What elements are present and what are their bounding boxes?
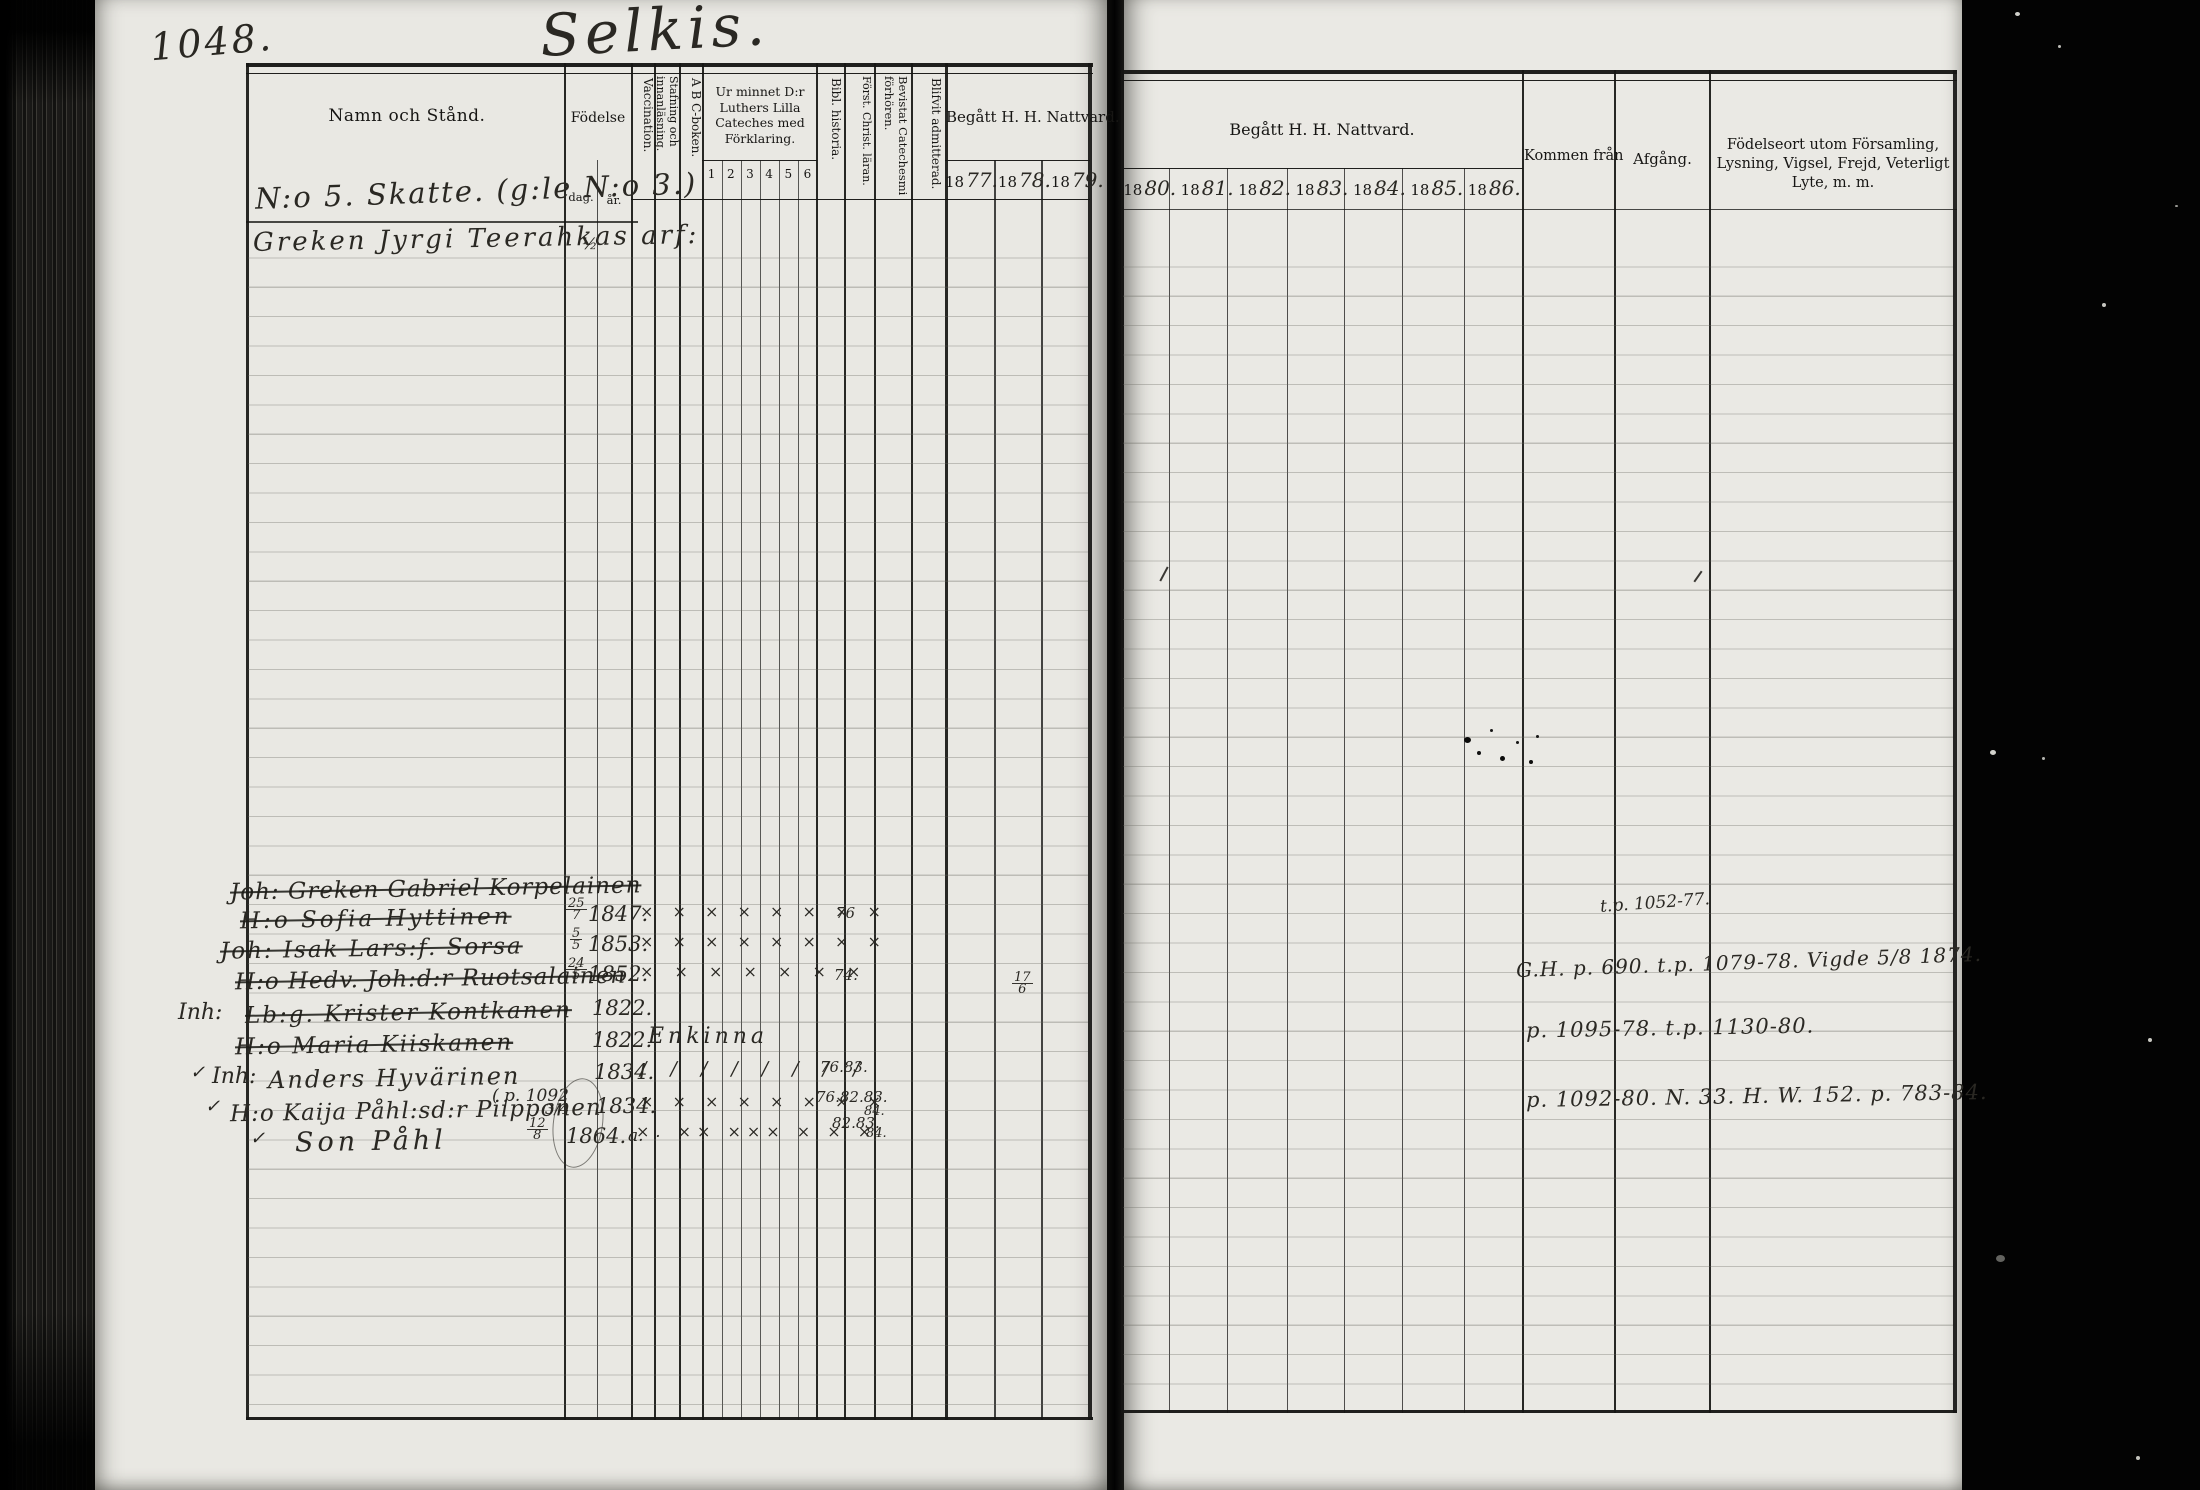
scan-speck [1529, 760, 1533, 764]
scanned-parish-register: 1048. Selkis. Namn och Stånd. Födelse da… [0, 0, 2200, 1490]
table-gridline [945, 160, 1090, 161]
scan-speck [1477, 751, 1481, 755]
year-1885: 1885. [1408, 176, 1465, 200]
scan-speck [1536, 735, 1539, 738]
year-row-right: 1880. 1881. 1882. 1883. 1884. 1885. 1886… [1121, 176, 1523, 200]
check-mark: ✓ [250, 1128, 265, 1149]
first-entry-mark: ½ [582, 234, 598, 253]
header-bibl-historia: Bibl. historia. [815, 78, 843, 206]
table-gridline [1121, 168, 1523, 169]
scan-speck [2058, 45, 2061, 48]
cateches-subcolumn-numbers: 1 2 3 4 5 6 [702, 167, 817, 181]
catechism-marks: × × × × × × × × [640, 932, 888, 951]
year-1882: 1882. [1236, 176, 1293, 200]
marital-note: Enkinna [648, 1024, 768, 1049]
scan-speck [1490, 729, 1493, 732]
scan-speck [1500, 756, 1505, 761]
table-gridline [248, 229, 1088, 1417]
year-1884: 1884. [1351, 176, 1408, 200]
birth-year: 1822. [592, 1028, 652, 1052]
header-forst-christ-laran: Först. Christ. läran. [843, 76, 873, 208]
scan-speck [2136, 1456, 2140, 1460]
scan-speck [1464, 737, 1471, 743]
header-kommen-fran: Kommen från [1524, 148, 1614, 164]
birth-year: 1864. [566, 1124, 626, 1148]
bibl-historia-value: 76.83. [820, 1058, 868, 1076]
year-1886: 1886. [1466, 176, 1523, 200]
scan-speck [1516, 741, 1519, 744]
afgang-note: p. 1095-78. t.p. 1130-80. [1526, 1013, 1815, 1042]
birth-day-fraction: 245 [566, 958, 587, 981]
table-gridline [1121, 1410, 1957, 1413]
header-cateches: Ur minnet D:r Luthers Lilla Cateches med… [704, 84, 816, 146]
header-nattvard-left: Begått H. H. Nattvard. [946, 108, 1089, 126]
year-1880: 1880. [1121, 176, 1178, 200]
birth-day-fraction: 257 [566, 898, 587, 921]
scan-speck [2015, 12, 2020, 16]
cateches-col-4: 4 [760, 167, 779, 181]
admitted-date-fraction: 176 [1012, 972, 1033, 995]
cateches-col-2: 2 [721, 167, 740, 181]
header-afgang: Afgång. [1616, 150, 1709, 168]
scan-speck [2148, 1038, 2152, 1042]
table-gridline [1088, 63, 1092, 1420]
table-gridline [1121, 209, 1957, 210]
entry-prefix: Inh: [212, 1064, 256, 1089]
table-gridline [1121, 70, 1957, 74]
scan-speck [1990, 750, 1996, 755]
black-scan-margin [1962, 0, 2200, 1490]
table-gridline [246, 63, 1093, 67]
entry-name: H:o Sofia Hyttinen [240, 904, 512, 935]
scan-speck [1996, 1255, 2005, 1262]
year-1881: 1881. [1178, 176, 1235, 200]
scan-speck [2042, 757, 2045, 760]
table-gridline [246, 1417, 1093, 1420]
entry-name: H:o Maria Kiiskanen [235, 1030, 514, 1061]
header-blifvit-admitterad: Blifvit admitterad. [909, 78, 943, 206]
cateches-col-1: 1 [702, 167, 721, 181]
book-spine-page-edges [0, 0, 95, 1490]
check-mark: ✓ [190, 1062, 205, 1083]
year-row-left: 1877. 1878. 1879. [945, 168, 1090, 192]
bibl-historia-value: 76 [836, 904, 855, 922]
scan-speck [2102, 303, 2106, 307]
header-bevistat-catechesmi: Bevistat Catechesmi förhören. [872, 76, 910, 206]
header-fodelse: Födelse [564, 110, 632, 126]
entry-name: Anders Hyvärinen [268, 1062, 521, 1094]
header-namn-och-stand: Namn och Stånd. [250, 106, 564, 126]
year-1878: 1878. [998, 168, 1051, 192]
bibl-extra-bottom: 84. [866, 1126, 887, 1141]
scan-speck [2175, 205, 2178, 207]
year-1883: 1883. [1293, 176, 1350, 200]
table-gridline [1953, 70, 1957, 1413]
birth-day-fraction: 55 [570, 928, 582, 951]
header-fodelseort: Födelseort utom Församling, Lysning, Vig… [1714, 136, 1952, 193]
bibl-historia-value: 74. [834, 966, 858, 984]
birth-year: 1822. [592, 996, 652, 1020]
year-1877: 1877. [945, 168, 998, 192]
birth-day-fraction: 128 [527, 1118, 548, 1141]
bibl-extra-top: 84. [864, 1104, 885, 1119]
check-mark: ✓ [205, 1096, 220, 1117]
entry-prefix: Inh: [178, 1000, 222, 1025]
entry-name: Son Påhl [295, 1125, 447, 1159]
cateches-col-3: 3 [740, 167, 759, 181]
table-gridline [1123, 238, 1953, 1410]
table-gridline [246, 73, 1093, 74]
header-nattvard-right: Begått H. H. Nattvard. [1122, 120, 1522, 139]
cateches-col-5: 5 [779, 167, 798, 181]
entry-name: Joh: Isak Lars:f. Sorsa [220, 933, 523, 964]
table-gridline [1121, 80, 1957, 81]
page-title: Selkis. [538, 0, 771, 70]
year-1879: 1879. [1051, 168, 1104, 192]
